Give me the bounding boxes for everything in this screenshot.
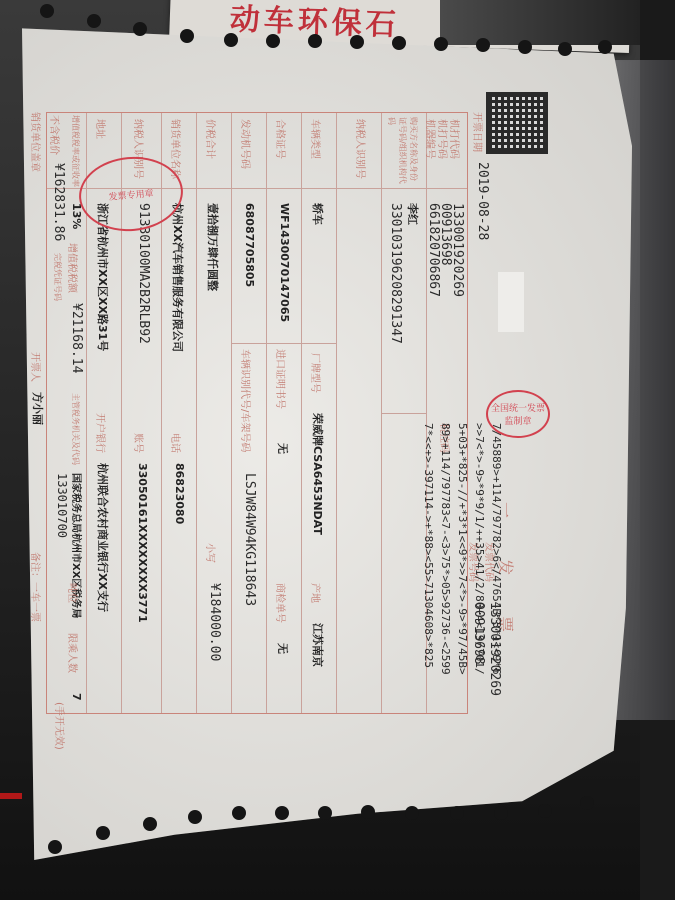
buyer-name-label: 购买方名称及身份证号码/组织机构代码 [386, 117, 419, 185]
import-cert-label: 进口证明书号 [274, 349, 289, 409]
tax-amount-label: 增值税税额 [66, 243, 81, 293]
vehicle-origin: 江苏南京 [310, 623, 326, 667]
passengers-label: 限乘人数 [66, 633, 81, 673]
total-in-words: 壹拾捌万肆仟圆整 [205, 203, 221, 291]
vehicle-model-label: 厂牌型号 [309, 353, 324, 393]
engine-number: 68087705805 [243, 203, 256, 287]
background-fold [440, 0, 640, 45]
issuer-name: 方小丽 [30, 392, 46, 425]
authority-label: 主管税务机关及代码 [70, 393, 81, 465]
seller-name: 杭州XX汽车销售服务有限公司 [170, 203, 186, 352]
seller-account: 33050161XXXXXXXX3771 [136, 463, 149, 623]
passengers: 7 [70, 693, 83, 701]
total-label: 价税合计 [204, 119, 219, 159]
issuer-label: 开票人 [29, 352, 44, 382]
cert-number: WF1430070147065 [278, 203, 291, 322]
tax-authority-code: 133010700 [55, 473, 69, 538]
machine-serial-label: 机器编号 [424, 119, 439, 159]
invoice-content: 一 发 票 发票代码 133001920269 发票号码 00913698 开票… [48, 82, 508, 772]
tonnage: - [70, 613, 83, 618]
qr-code [486, 92, 548, 154]
inspection-number: 无 [275, 643, 291, 654]
engine-label: 发动机号码 [239, 119, 254, 169]
vin: LSJW84W94KG118643 [242, 473, 257, 606]
origin-label: 产地 [309, 583, 324, 603]
tax-amount: ¥21168.14 [69, 303, 84, 373]
tax-cipher: 7/45889>+114/797782>6</47654B*3*1<<9*6 >… [420, 423, 505, 675]
import-cert: 无 [275, 443, 291, 454]
buyer-id: 330103196208291347 [388, 203, 403, 344]
tax-rate-label: 增值税税率或征收率 [70, 115, 81, 187]
seller-bank: 杭州联合农村商业银行XX支行 [95, 463, 111, 612]
buyer-tax-id-label: 纳税人识别号 [354, 119, 369, 179]
vin-label: 车辆识别代号/车架号码 [239, 349, 254, 452]
vehicle-model: 荣威牌CSA6453NDAT [310, 413, 326, 535]
buyer-name: 李红 [405, 203, 421, 225]
cert-label: 合格证号 [274, 119, 289, 159]
machine-serial: 661820706867 [426, 203, 441, 297]
pre-tax-price: ¥162831.86 [51, 163, 66, 241]
issue-date: 2019-08-28 [475, 162, 490, 240]
small-label: 小写 [204, 543, 219, 563]
vehicle-type: 轿车 [310, 203, 326, 225]
handwritten-invalid-note: (手开无效) [53, 702, 68, 750]
remark: 备注：一车一票 [29, 552, 44, 622]
issue-date-label: 开票日期 [471, 112, 486, 152]
inspection-label: 商检单号 [274, 583, 289, 623]
total-amount: ¥184000.00 [207, 583, 222, 661]
completion-label: 完税凭证号码 [52, 253, 63, 301]
seller-phone: 86823080 [173, 463, 186, 524]
phone-label: 电话 [169, 433, 184, 453]
account-label: 账号 [132, 433, 147, 453]
vehicle-type-label: 车辆类型 [309, 119, 324, 159]
pre-tax-label: 不含税价 [48, 115, 63, 155]
red-strip [0, 793, 22, 799]
tonnage-label: 吨位 [66, 583, 81, 603]
address-label: 地址 [94, 119, 109, 139]
seller-stamp-label: 销货单位盖章 [29, 112, 44, 172]
bank-label: 开户银行 [94, 413, 109, 453]
